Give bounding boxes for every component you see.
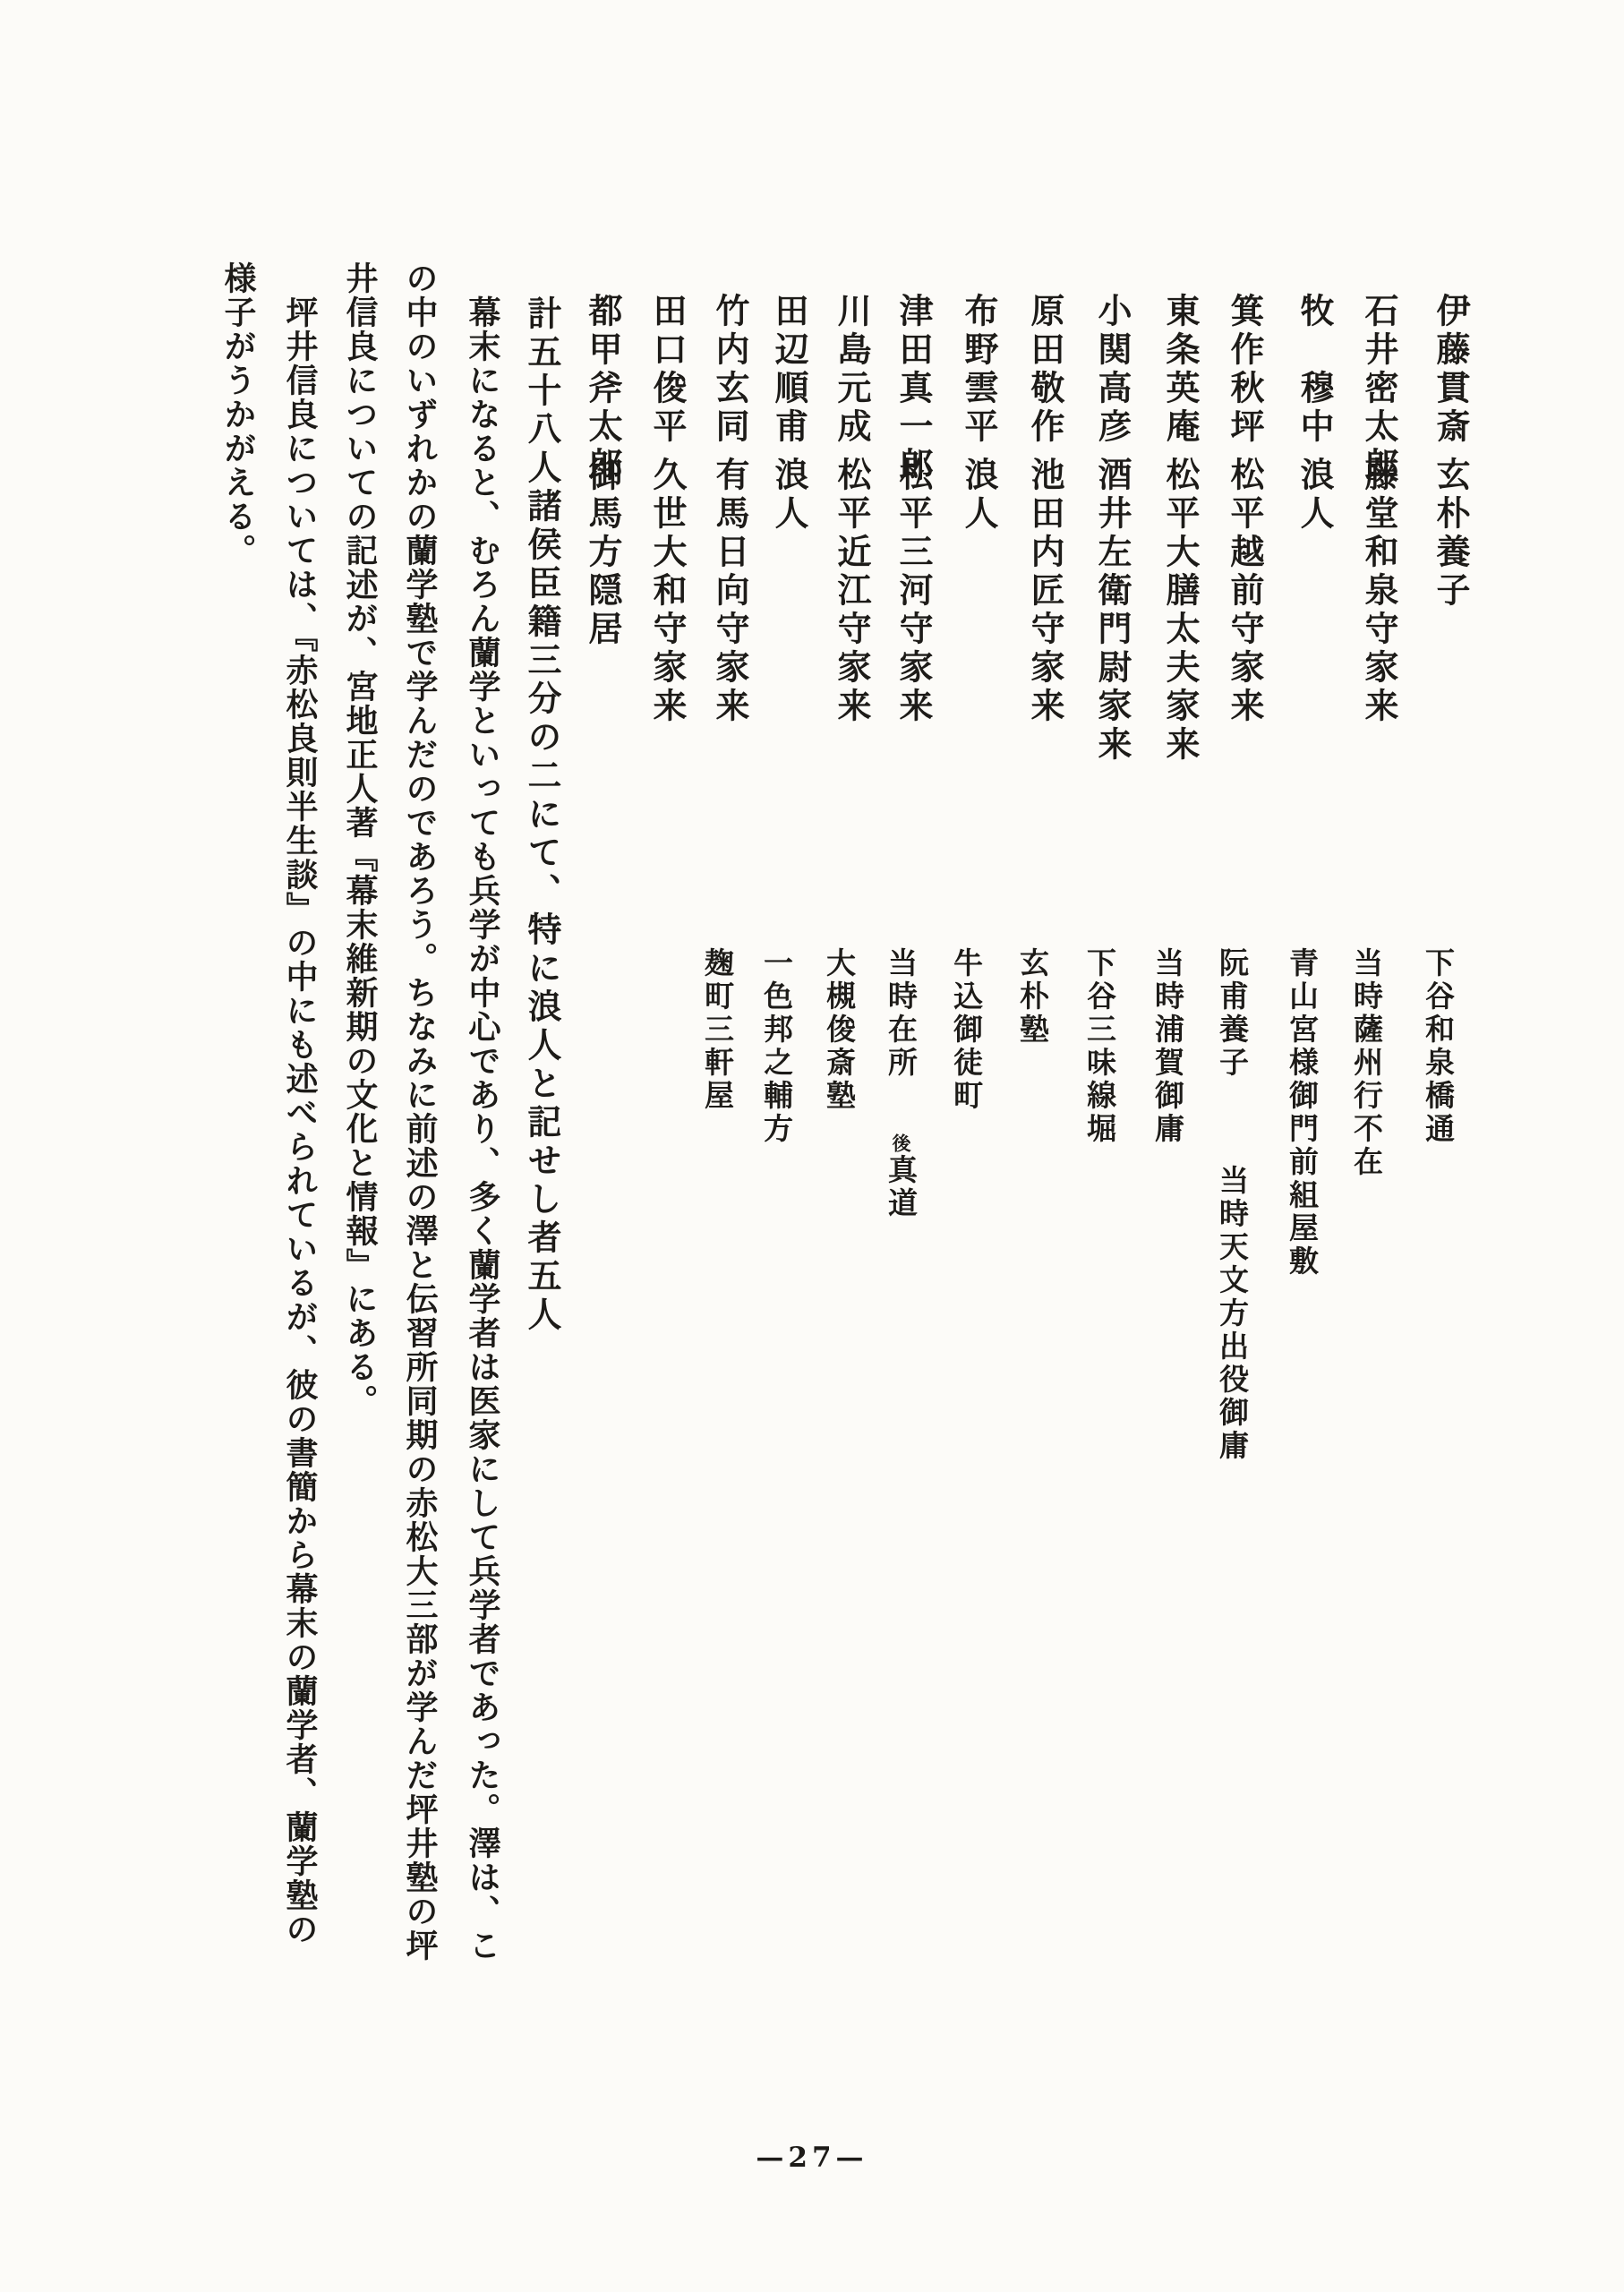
roster-name: 田辺順甫 [772, 293, 806, 447]
roster-affiliation: 松平越前守家来 [1227, 457, 1261, 726]
page-number: —27— [0, 2142, 1624, 2174]
roster-note: 青山宮様御門前組屋敷 [1287, 947, 1317, 1279]
paragraph-line: 幕末になると、むろん蘭学といっても兵学が中心であり、多く蘭学者は医家にして兵学者… [466, 261, 499, 1963]
roster-note: 阮甫養子当時天文方出役御庸 [1218, 947, 1247, 1463]
roster-note-line1: 阮甫養子 [1215, 947, 1250, 1080]
paragraph-line: の中のいずれかの蘭学塾で学んだのであろう。ちなみに前述の澤と伝習所同期の赤松大三… [404, 261, 436, 1963]
roster-affiliation: 玄朴養子 [1433, 457, 1467, 611]
roster-note: 一色邦之輔方 [762, 947, 791, 1146]
roster-name: 箕作秋坪 [1227, 293, 1261, 447]
roster-name: 原田敬作 [1028, 293, 1062, 447]
roster-name: 伊藤貫斎 [1433, 293, 1467, 447]
paragraph-line: 坪井信良については、『赤松良則半生談』の中にも述べられているが、彼の書簡から幕末… [284, 261, 316, 1946]
roster-note: 牛込御徒町 [952, 947, 981, 1113]
roster-summary: 計五十八人諸侯臣籍三分の二にて、特に浪人と記せし者五人 [525, 295, 559, 1335]
roster-note: 玄朴塾 [1018, 947, 1047, 1047]
roster-name: 小関高彦 [1095, 293, 1129, 447]
roster-note-line1: 当時在所 [884, 947, 919, 1080]
roster-name: 布野雲平 [962, 293, 996, 447]
roster-name: 竹内玄同 [713, 293, 747, 447]
roster-note-small-prefix: 後 [890, 1133, 912, 1154]
roster-note: 麹町三軒屋 [703, 947, 732, 1113]
roster-name: 川島元成 [834, 293, 868, 447]
roster-note: 大槻俊斎塾 [825, 947, 854, 1113]
roster-affiliation: 松平近江守家来 [834, 457, 868, 726]
roster-affiliation: 松平三河守家来 [896, 457, 930, 726]
roster-note: 当時浦賀御庸 [1153, 947, 1183, 1146]
roster-affiliation: 松平大膳太夫家来 [1163, 457, 1197, 765]
paragraph-line: 様子がうかがえる。 [222, 261, 254, 568]
roster-note: 下谷和泉橋通 [1423, 947, 1453, 1146]
roster-note: 下谷三味線堀 [1085, 947, 1115, 1146]
paragraph-line: 井信良についての記述が、宮地正人著『幕末維新期の文化と情報』にある。 [344, 261, 376, 1418]
roster-name: 田口俊平 [650, 293, 684, 447]
roster-affiliation: 酒井左衛門尉家来 [1095, 457, 1129, 765]
roster-affiliation: 浪人 [1297, 457, 1331, 534]
roster-name: 牧 穆中 [1297, 293, 1331, 447]
scanned-document-page: 伊藤貫斎 石井密太郎 牧 穆中 箕作秋坪 東条英庵 小関高彦 原田敬作 布野雲平… [0, 0, 1624, 2292]
roster-affiliation: 藤堂和泉守家来 [1362, 457, 1396, 726]
roster-note-line2: 当時天文方出役御庸 [1215, 1165, 1250, 1463]
roster-affiliation: 浪人 [772, 457, 806, 534]
roster-affiliation: 御馬方隠居 [585, 457, 620, 649]
roster-name: 東条英庵 [1163, 293, 1197, 447]
roster-affiliation: 浪人 [962, 457, 996, 534]
roster-affiliation: 有馬日向守家来 [713, 457, 747, 726]
roster-note: 当時薩州行不在 [1352, 947, 1381, 1179]
roster-note: 当時在所後真道 [886, 947, 916, 1220]
roster-affiliation: 池田内匠守家来 [1028, 457, 1062, 726]
roster-affiliation: 久世大和守家来 [650, 457, 684, 726]
roster-note-line2: 後真道 [884, 1133, 919, 1220]
